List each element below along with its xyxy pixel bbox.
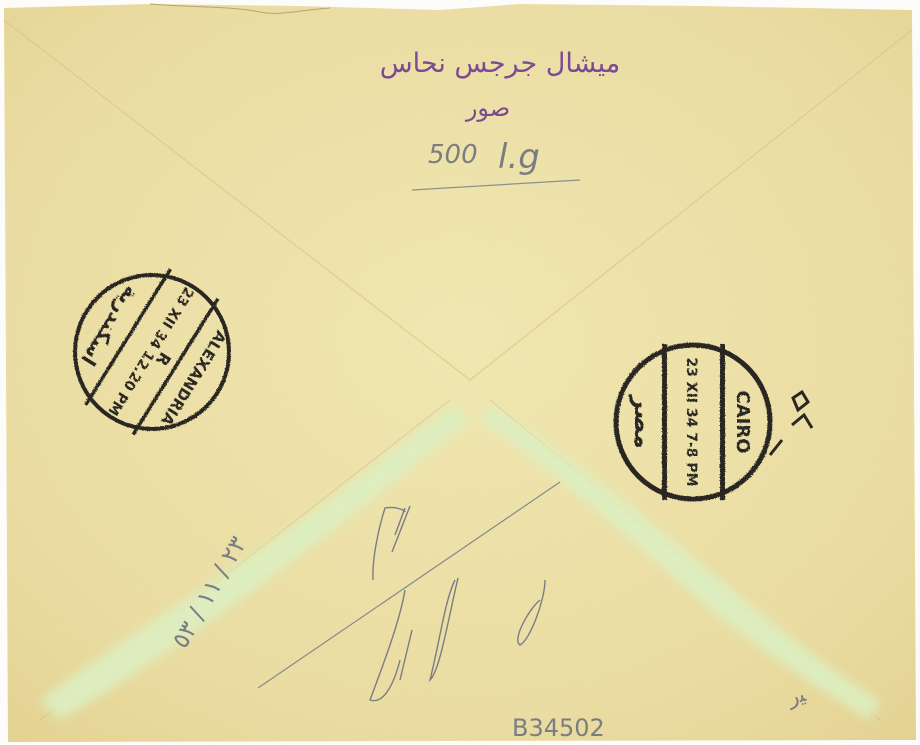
- catalog-number: B34502: [512, 714, 605, 742]
- postmark-cairo: 23 XII 34 7-8 PM CAIRO مصر: [616, 344, 770, 500]
- postmark-cairo-city: CAIRO: [732, 391, 753, 454]
- amount-note: 500: [428, 140, 478, 170]
- amount-suffix: l.g: [498, 137, 540, 177]
- envelope-svg: ميشال جرجس نحاس صور 500 l.g 23 XII 34 12…: [0, 0, 920, 745]
- sender-name: ميشال جرجس نحاس: [380, 48, 621, 79]
- sender-city: صور: [465, 94, 510, 122]
- postmark-cairo-date: 23 XII 34 7-8 PM: [683, 357, 699, 486]
- envelope-back: ميشال جرجس نحاس صور 500 l.g 23 XII 34 12…: [0, 0, 920, 745]
- postmark-cairo-arabic: مصر: [629, 394, 657, 448]
